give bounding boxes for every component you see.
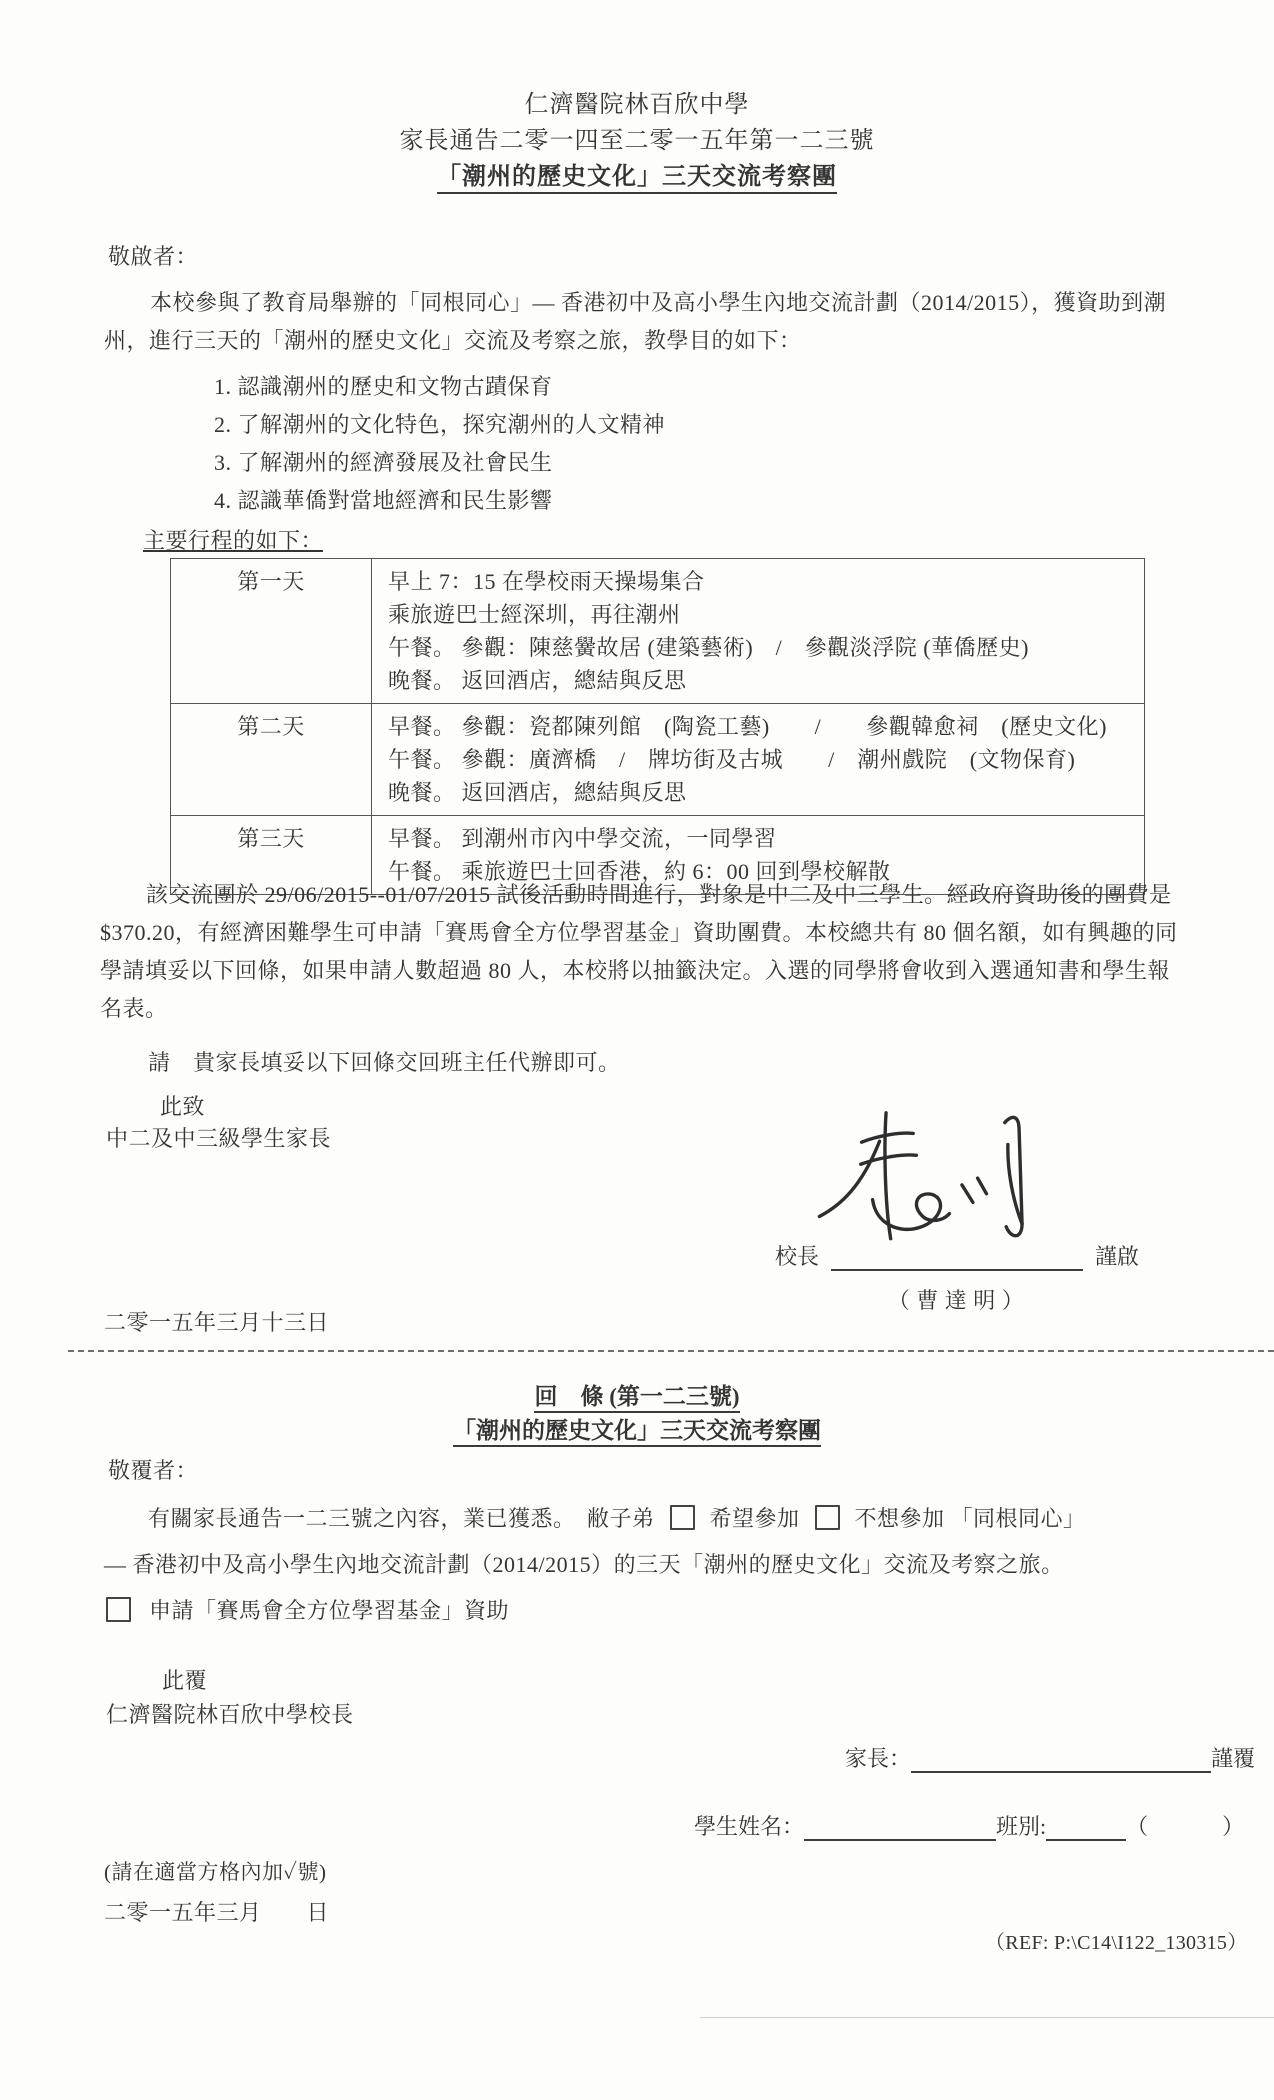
itinerary-line: 午餐。 參觀：陳慈黌故居 (建築藝術) / 參觀淡浮院 (華僑歷史) [388, 631, 1128, 664]
notice-title-text: 「潮州的歷史文化」三天交流考察團 [437, 164, 837, 194]
checkbox-fund[interactable] [106, 1597, 131, 1622]
itinerary-row: 第二天早餐。 參觀：瓷都陳列館 (陶瓷工藝) / 參觀韓愈祠 (歷史文化)午餐。… [171, 704, 1145, 816]
cut-divider [68, 1350, 1274, 1352]
objectives-list: 1. 認識潮州的歷史和文物古蹟保育2. 了解潮州的文化特色，探究潮州的人文精神3… [214, 368, 665, 520]
itinerary-table-body: 第一天早上 7：15 在學校雨天操場集合乘旅遊巴士經深圳，再往潮州午餐。 參觀：… [171, 559, 1145, 895]
scanned-notice-page: 仁濟醫院林百欣中學 家長通告二零一四至二零一五年第一二三號 「潮州的歷史文化」三… [0, 0, 1274, 2100]
reply-ack-paragraph: 有關家長通告一二三號之內容，業已獲悉。 敝子弟 希望參加 不想參加 「同根同心」… [104, 1496, 1188, 1588]
reply-addressee: 仁濟醫院林百欣中學校長 [106, 1696, 354, 1734]
checkbox-join[interactable] [670, 1505, 695, 1530]
student-info-row: 學生姓名： 班別: （ ） [694, 1810, 1244, 1841]
itinerary-line: 早上 7：15 在學校雨天操場集合 [388, 565, 1128, 598]
objective-item: 3. 了解潮州的經濟發展及社會民生 [214, 444, 665, 482]
principal-sign-row: 校長 謹啟 [775, 1240, 1139, 1271]
class-label: 班別: [996, 1810, 1046, 1841]
tick-instruction: (請在適當方格內加✓號) [104, 1856, 327, 1886]
notice-number: 家長通告二零一四至二零一五年第一二三號 [0, 120, 1274, 155]
itinerary-detail-cell: 早餐。 參觀：瓷都陳列館 (陶瓷工藝) / 參觀韓愈祠 (歷史文化)午餐。 參觀… [372, 704, 1145, 816]
reply-ack-part1: 有關家長通告一二三號之內容，業已獲悉。 敝子弟 [148, 1506, 655, 1531]
class-line[interactable] [1046, 1813, 1126, 1841]
reference-code: （REF: P:\C14\I122_130315） [985, 1926, 1248, 1955]
reply-ack-part2: 「同根同心」 [951, 1506, 1086, 1531]
letter-date: 二零一五年三月十三日 [104, 1304, 329, 1342]
principal-label: 校長 [775, 1240, 819, 1271]
itinerary-heading: 主要行程的如下： [143, 524, 323, 555]
objective-item: 1. 認識潮州的歷史和文物古蹟保育 [214, 368, 665, 406]
request-line: 請 貴家長填妥以下回條交回班主任代辦即可。 [106, 1044, 621, 1082]
parent-signoff: 謹覆 [1211, 1742, 1255, 1773]
letter-addressee: 中二及中三級學生家長 [106, 1120, 331, 1158]
itinerary-day-cell: 第二天 [171, 704, 372, 816]
itinerary-day-cell: 第一天 [171, 559, 372, 704]
itinerary-row: 第一天早上 7：15 在學校雨天操場集合乘旅遊巴士經深圳，再往潮州午餐。 參觀：… [171, 559, 1145, 704]
objective-item: 2. 了解潮州的文化特色，探究潮州的人文精神 [214, 406, 665, 444]
reply-ack-line2: — 香港初中及高小學生內地交流計劃（2014/2015）的三天「潮州的歷史文化」… [104, 1552, 1064, 1577]
intro-paragraph: 本校參與了教育局舉辦的「同根同心」— 香港初中及高小學生內地交流計劃（2014/… [104, 284, 1182, 360]
itinerary-line: 乘旅遊巴士經深圳，再往潮州 [388, 598, 1128, 631]
fund-option-row: 申請「賽馬會全方位學習基金」資助 [106, 1592, 509, 1630]
reply-closing: 此覆 [162, 1662, 207, 1700]
salutation: 敬啟者： [108, 238, 198, 276]
principal-signoff: 謹啟 [1095, 1240, 1139, 1271]
notice-title: 「潮州的歷史文化」三天交流考察團 [0, 156, 1274, 191]
checkbox-decline[interactable] [815, 1505, 840, 1530]
itinerary-line: 晚餐。 返回酒店，總結與反思 [388, 776, 1128, 809]
parent-sign-row: 家長： 謹覆 [845, 1742, 1255, 1773]
reply-date: 二零一五年三月 日 [104, 1894, 329, 1932]
class-paren-open: （ [1126, 1810, 1148, 1841]
school-name: 仁濟醫院林百欣中學 [0, 84, 1274, 119]
reply-slip-subtitle: 「潮州的歷史文化」三天交流考察團 [0, 1412, 1274, 1445]
student-name-label: 學生姓名： [694, 1810, 804, 1841]
itinerary-table-wrap: 第一天早上 7：15 在學校雨天操場集合乘旅遊巴士經深圳，再往潮州午餐。 參觀：… [170, 558, 1145, 895]
reply-salutation: 敬覆者： [108, 1452, 198, 1490]
scan-artifact-line [700, 2017, 1274, 2018]
principal-name: （ 曹 達 明 ） [816, 1282, 1096, 1320]
parent-signature-line[interactable] [911, 1745, 1211, 1773]
objective-item: 4. 認識華僑對當地經濟和民生影響 [214, 482, 665, 520]
parent-label: 家長： [845, 1742, 911, 1773]
reply-slip-title: 回 條 (第一二三號) [0, 1378, 1274, 1411]
student-name-line[interactable] [804, 1813, 996, 1841]
option-join-label: 希望參加 [710, 1506, 800, 1531]
itinerary-line: 早餐。 到潮州市內中學交流，一同學習 [388, 822, 1128, 855]
itinerary-detail-cell: 早上 7：15 在學校雨天操場集合乘旅遊巴士經深圳，再往潮州午餐。 參觀：陳慈黌… [372, 559, 1145, 704]
itinerary-table: 第一天早上 7：15 在學校雨天操場集合乘旅遊巴士經深圳，再往潮州午餐。 參觀：… [170, 558, 1145, 895]
reply-slip-title-text: 回 條 (第一二三號) [534, 1384, 739, 1413]
itinerary-line: 午餐。 參觀：廣濟橋 / 牌坊街及古城 / 潮州戲院 (文物保育) [388, 743, 1128, 776]
principal-signature-line[interactable] [831, 1243, 1083, 1271]
reply-slip-subtitle-text: 「潮州的歷史文化」三天交流考察團 [453, 1418, 821, 1447]
details-paragraph: 該交流團於 29/06/2015--01/07/2015 試後活動時間進行，對象… [100, 876, 1184, 1028]
option-decline-label: 不想參加 [855, 1506, 945, 1531]
itinerary-line: 晚餐。 返回酒店，總結與反思 [388, 664, 1128, 697]
class-paren-close: ） [1222, 1810, 1244, 1841]
fund-option-label: 申請「賽馬會全方位學習基金」資助 [149, 1598, 509, 1623]
itinerary-line: 早餐。 參觀：瓷都陳列館 (陶瓷工藝) / 參觀韓愈祠 (歷史文化) [388, 710, 1128, 743]
